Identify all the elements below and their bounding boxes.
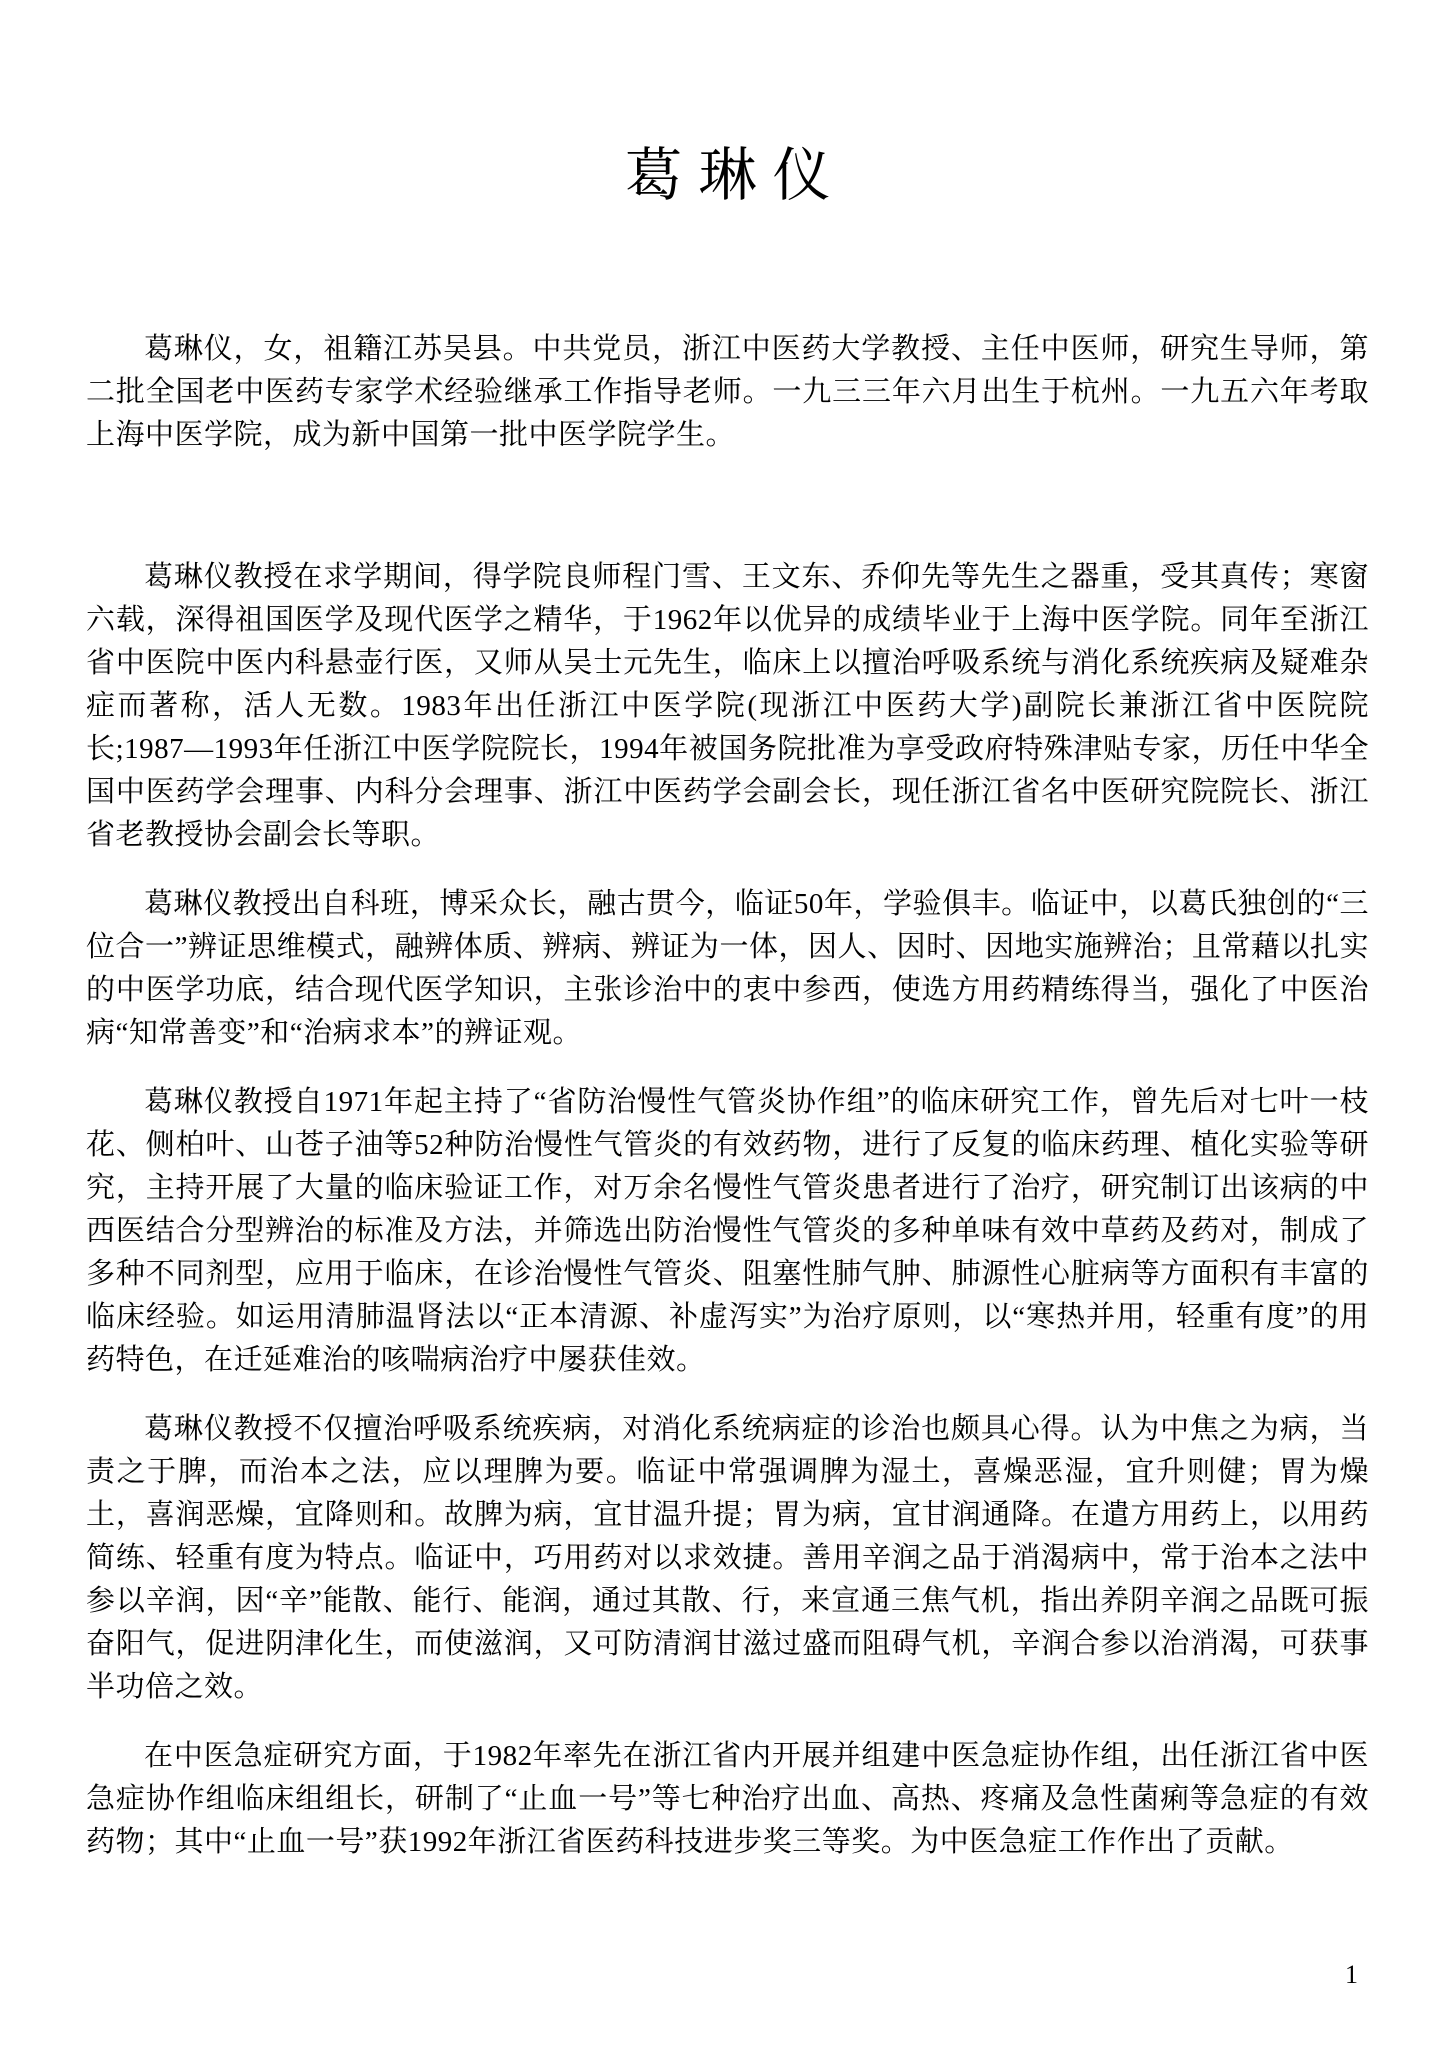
document-page: 葛琳仪 葛琳仪，女，祖籍江苏吴县。中共党员，浙江中医药大学教授、主任中医师，研究…: [0, 0, 1447, 2048]
paragraph-bronchitis-research: 葛琳仪教授自1971年起主持了“省防治慢性气管炎协作组”的临床研究工作，曾先后对…: [86, 1081, 1369, 1382]
paragraph-education-career: 葛琳仪教授在求学期间，得学院良师程门雪、王文东、乔仰先等先生之器重，受其真传；寒…: [86, 556, 1369, 857]
paragraph-digestive-expertise: 葛琳仪教授不仅擅治呼吸系统疾病，对消化系统病症的诊治也颇具心得。认为中焦之为病，…: [86, 1408, 1369, 1709]
paragraph-biography-intro: 葛琳仪，女，祖籍江苏吴县。中共党员，浙江中医药大学教授、主任中医师，研究生导师，…: [86, 328, 1369, 457]
page-number: 1: [1345, 1960, 1358, 1990]
paragraph-emergency-research: 在中医急症研究方面，于1982年率先在浙江省内开展并组建中医急症协作组，出任浙江…: [86, 1735, 1369, 1864]
page-title: 葛琳仪: [86, 142, 1369, 210]
document-body: 葛琳仪，女，祖籍江苏吴县。中共党员，浙江中医药大学教授、主任中医师，研究生导师，…: [86, 328, 1369, 1864]
paragraph-clinical-philosophy: 葛琳仪教授出自科班，博采众长，融古贯今，临证50年，学验俱丰。临证中，以葛氏独创…: [86, 883, 1369, 1055]
